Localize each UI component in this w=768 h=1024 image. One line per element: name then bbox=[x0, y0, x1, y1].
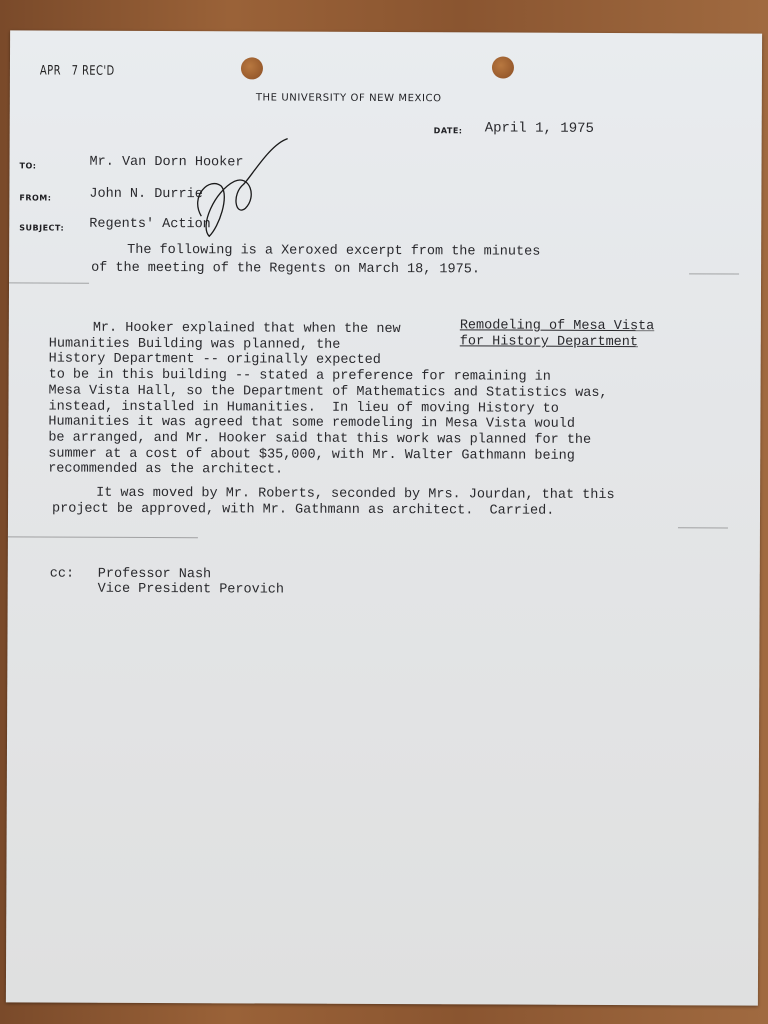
to-label: TO: bbox=[20, 161, 37, 170]
text-line: project be approved, with Mr. Gathmann a… bbox=[52, 502, 615, 520]
memo-page: APR 7 REC'D THE UNIVERSITY OF NEW MEXICO… bbox=[6, 30, 762, 1005]
from-label: FROM: bbox=[19, 193, 51, 202]
paragraph-2: It was moved by Mr. Roberts, seconded by… bbox=[52, 486, 615, 520]
cc-recipient: Professor Nash bbox=[98, 567, 211, 582]
xerox-edge-line bbox=[678, 527, 728, 528]
xerox-edge-line bbox=[8, 536, 198, 538]
cc-recipient: Vice President Perovich bbox=[98, 582, 284, 598]
date-value: April 1, 1975 bbox=[485, 120, 594, 136]
text-line: recommended as the architect. bbox=[48, 462, 607, 480]
punch-hole bbox=[241, 57, 263, 79]
cc-label: cc: bbox=[50, 567, 74, 582]
intro-line: of the meeting of the Regents on March 1… bbox=[91, 261, 480, 278]
xerox-edge-line bbox=[9, 282, 89, 283]
text-line: Mesa Vista Hall, so the Department of Ma… bbox=[49, 383, 608, 401]
date-label: DATE: bbox=[434, 126, 463, 135]
text-line: be arranged, and Mr. Hooker said that th… bbox=[48, 430, 607, 448]
punch-hole bbox=[492, 56, 514, 78]
received-stamp: APR 7 REC'D bbox=[40, 63, 115, 78]
handwritten-initials bbox=[179, 136, 289, 246]
subject-label: SUBJECT: bbox=[19, 223, 64, 232]
intro-line: The following is a Xeroxed excerpt from … bbox=[127, 243, 540, 260]
paragraph-1: Mr. Hooker explained that when the new H… bbox=[48, 321, 608, 480]
letterhead: THE UNIVERSITY OF NEW MEXICO bbox=[256, 92, 442, 104]
xerox-edge-line bbox=[689, 273, 739, 274]
